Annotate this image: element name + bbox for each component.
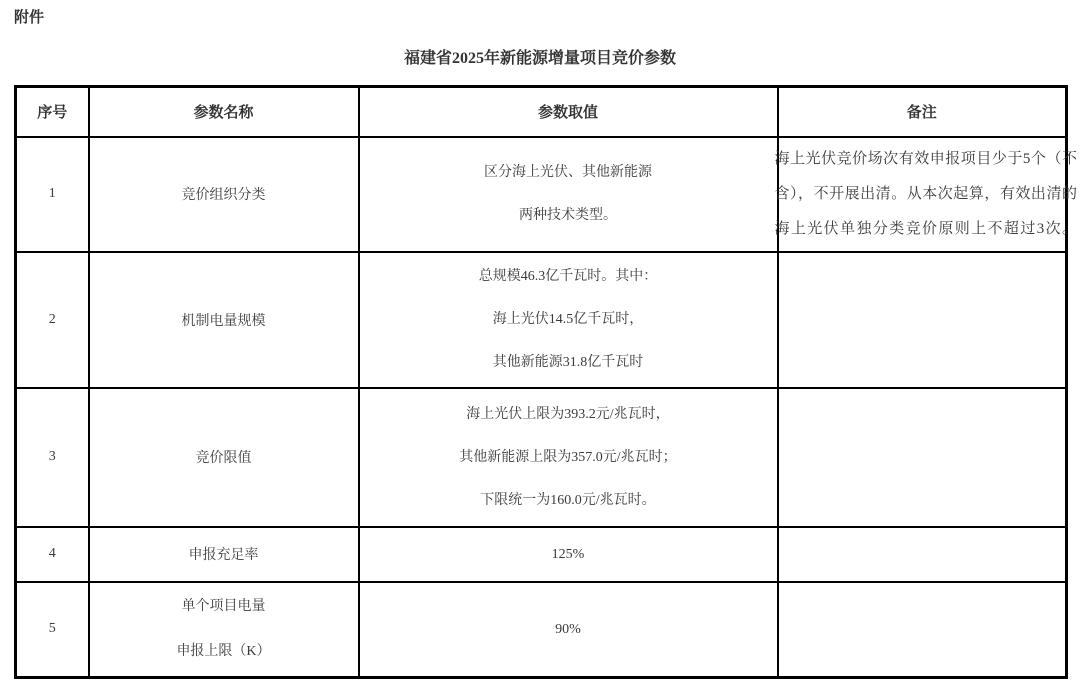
table-header-row: 序号 参数名称 参数取值 备注 — [16, 87, 1067, 137]
table-row: 3 竞价限值 海上光伏上限为393.2元/兆瓦时， 其他新能源上限为357.0元… — [16, 388, 1067, 527]
header-remark: 备注 — [778, 87, 1067, 137]
param-name-cell: 竞价组织分类 — [89, 137, 359, 252]
row-number-cell: 4 — [16, 527, 89, 582]
remark-cell: 海上光伏竞价场次有效申报项目少于5个（不含），不开展出清。从本次起算，有效出清的… — [778, 137, 1067, 252]
table-row: 1 竞价组织分类 区分海上光伏、其他新能源 两种技术类型。 海上光伏竞价场次有效… — [16, 137, 1067, 252]
param-value-cell: 总规模46.3亿千瓦时。其中： 海上光伏14.5亿千瓦时， 其他新能源31.8亿… — [359, 252, 778, 388]
param-value-cell: 90% — [359, 582, 778, 678]
remark-cell — [778, 527, 1067, 582]
attachment-label: 附件 — [14, 6, 44, 27]
table-row: 4 申报充足率 125% — [16, 527, 1067, 582]
remark-text: 海上光伏竞价场次有效申报项目少于5个（不含），不开展出清。从本次起算，有效出清的… — [775, 142, 1078, 247]
param-name-cell: 机制电量规模 — [89, 252, 359, 388]
param-name-cell: 竞价限值 — [89, 388, 359, 527]
param-value-cell: 区分海上光伏、其他新能源 两种技术类型。 — [359, 137, 778, 252]
remark-cell — [778, 582, 1067, 678]
param-value-cell: 125% — [359, 527, 778, 582]
row-number-cell: 2 — [16, 252, 89, 388]
row-number-cell: 3 — [16, 388, 89, 527]
parameters-table: 序号 参数名称 参数取值 备注 1 竞价组织分类 区分海上光伏、其他新能源 两种… — [14, 85, 1068, 679]
document-page: 附件 福建省2025年新能源增量项目竞价参数 序号 参数名称 参数取值 备注 1… — [0, 0, 1080, 680]
header-name: 参数名称 — [89, 87, 359, 137]
row-number-cell: 5 — [16, 582, 89, 678]
param-name-cell: 单个项目电量 申报上限（K） — [89, 582, 359, 678]
param-name-cell: 申报充足率 — [89, 527, 359, 582]
header-value: 参数取值 — [359, 87, 778, 137]
page-title: 福建省2025年新能源增量项目竞价参数 — [0, 45, 1080, 68]
row-number-cell: 1 — [16, 137, 89, 252]
param-value-cell: 海上光伏上限为393.2元/兆瓦时， 其他新能源上限为357.0元/兆瓦时； 下… — [359, 388, 778, 527]
table-row: 2 机制电量规模 总规模46.3亿千瓦时。其中： 海上光伏14.5亿千瓦时， 其… — [16, 252, 1067, 388]
remark-cell — [778, 388, 1067, 527]
remark-cell — [778, 252, 1067, 388]
table-row: 5 单个项目电量 申报上限（K） 90% — [16, 582, 1067, 678]
header-no: 序号 — [16, 87, 89, 137]
